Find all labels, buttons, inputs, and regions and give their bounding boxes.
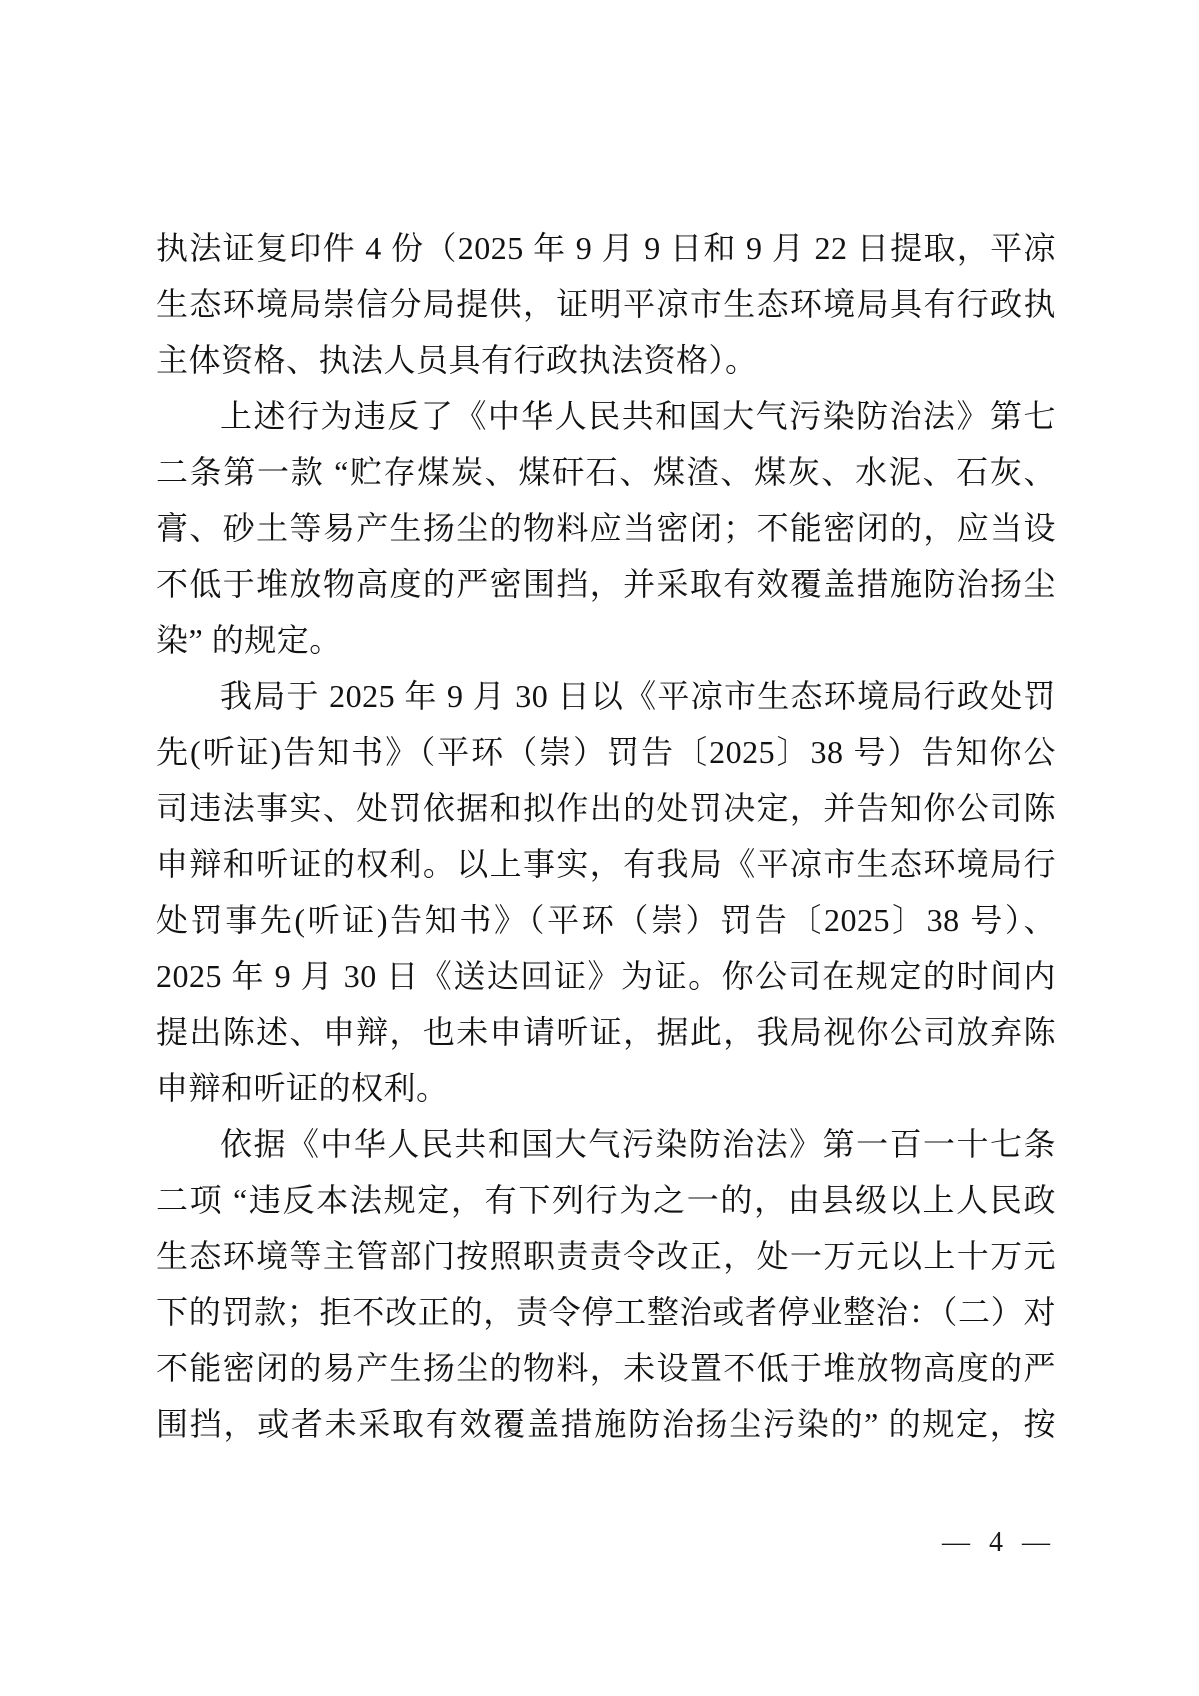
text-line: 不能密闭的易产生扬尘的物料，未设置不低于堆放物高度的严密 [156, 1340, 1056, 1396]
text-line: 下的罚款；拒不改正的，责令停工整治或者停业整治：（二）对 [156, 1284, 1056, 1340]
text-line: 提出陈述、申辩，也未申请听证，据此，我局视你公司放弃陈述、 [156, 1004, 1056, 1060]
page-number: — 4 — [942, 1526, 1056, 1560]
text-line: 主体资格、执法人员具有行政执法资格）。 [156, 332, 1056, 388]
text-line: 执法证复印件 4 份（2025 年 9 月 9 日和 9 月 22 日提取，平凉… [156, 220, 1056, 276]
text-line: 二条第一款 “贮存煤炭、煤矸石、煤渣、煤灰、水泥、石灰、石 [156, 444, 1056, 500]
text-line: 申辩和听证的权利。 [156, 1060, 1056, 1116]
text-line: 2025 年 9 月 30 日《送达回证》为证。你公司在规定的时间内未 [156, 948, 1056, 1004]
document-body-text: 执法证复印件 4 份（2025 年 9 月 9 日和 9 月 22 日提取，平凉… [156, 220, 1056, 1452]
text-line: 我局于 2025 年 9 月 30 日以《平凉市生态环境局行政处罚事 [156, 668, 1056, 724]
text-line: 依据《中华人民共和国大气污染防治法》第一百一十七条第 [156, 1116, 1056, 1172]
text-line: 上述行为违反了《中华人民共和国大气污染防治法》第七十 [156, 388, 1056, 444]
text-line: 司违法事实、处罚依据和拟作出的处罚决定，并告知你公司陈述、 [156, 780, 1056, 836]
text-line: 生态环境局崇信分局提供，证明平凉市生态环境局具有行政执法 [156, 276, 1056, 332]
text-line: 膏、砂土等易产生扬尘的物料应当密闭；不能密闭的，应当设置 [156, 500, 1056, 556]
text-line: 染” 的规定。 [156, 612, 1056, 668]
text-line: 生态环境等主管部门按照职责责令改正，处一万元以上十万元以 [156, 1228, 1056, 1284]
text-line: 不低于堆放物高度的严密围挡，并采取有效覆盖措施防治扬尘污 [156, 556, 1056, 612]
text-line: 申辩和听证的权利。以上事实，有我局《平凉市生态环境局行政 [156, 836, 1056, 892]
text-line: 先(听证)告知书》（平环（崇）罚告〔2025〕38 号）告知你公 [156, 724, 1056, 780]
text-line: 二项 “违反本法规定，有下列行为之一的，由县级以上人民政府 [156, 1172, 1056, 1228]
text-line: 围挡，或者未采取有效覆盖措施防治扬尘污染的” 的规定，按照 [156, 1396, 1056, 1452]
document-page: 执法证复印件 4 份（2025 年 9 月 9 日和 9 月 22 日提取，平凉… [0, 0, 1199, 1696]
text-line: 处罚事先(听证)告知书》（平环（崇）罚告〔2025〕38 号）、 [156, 892, 1056, 948]
